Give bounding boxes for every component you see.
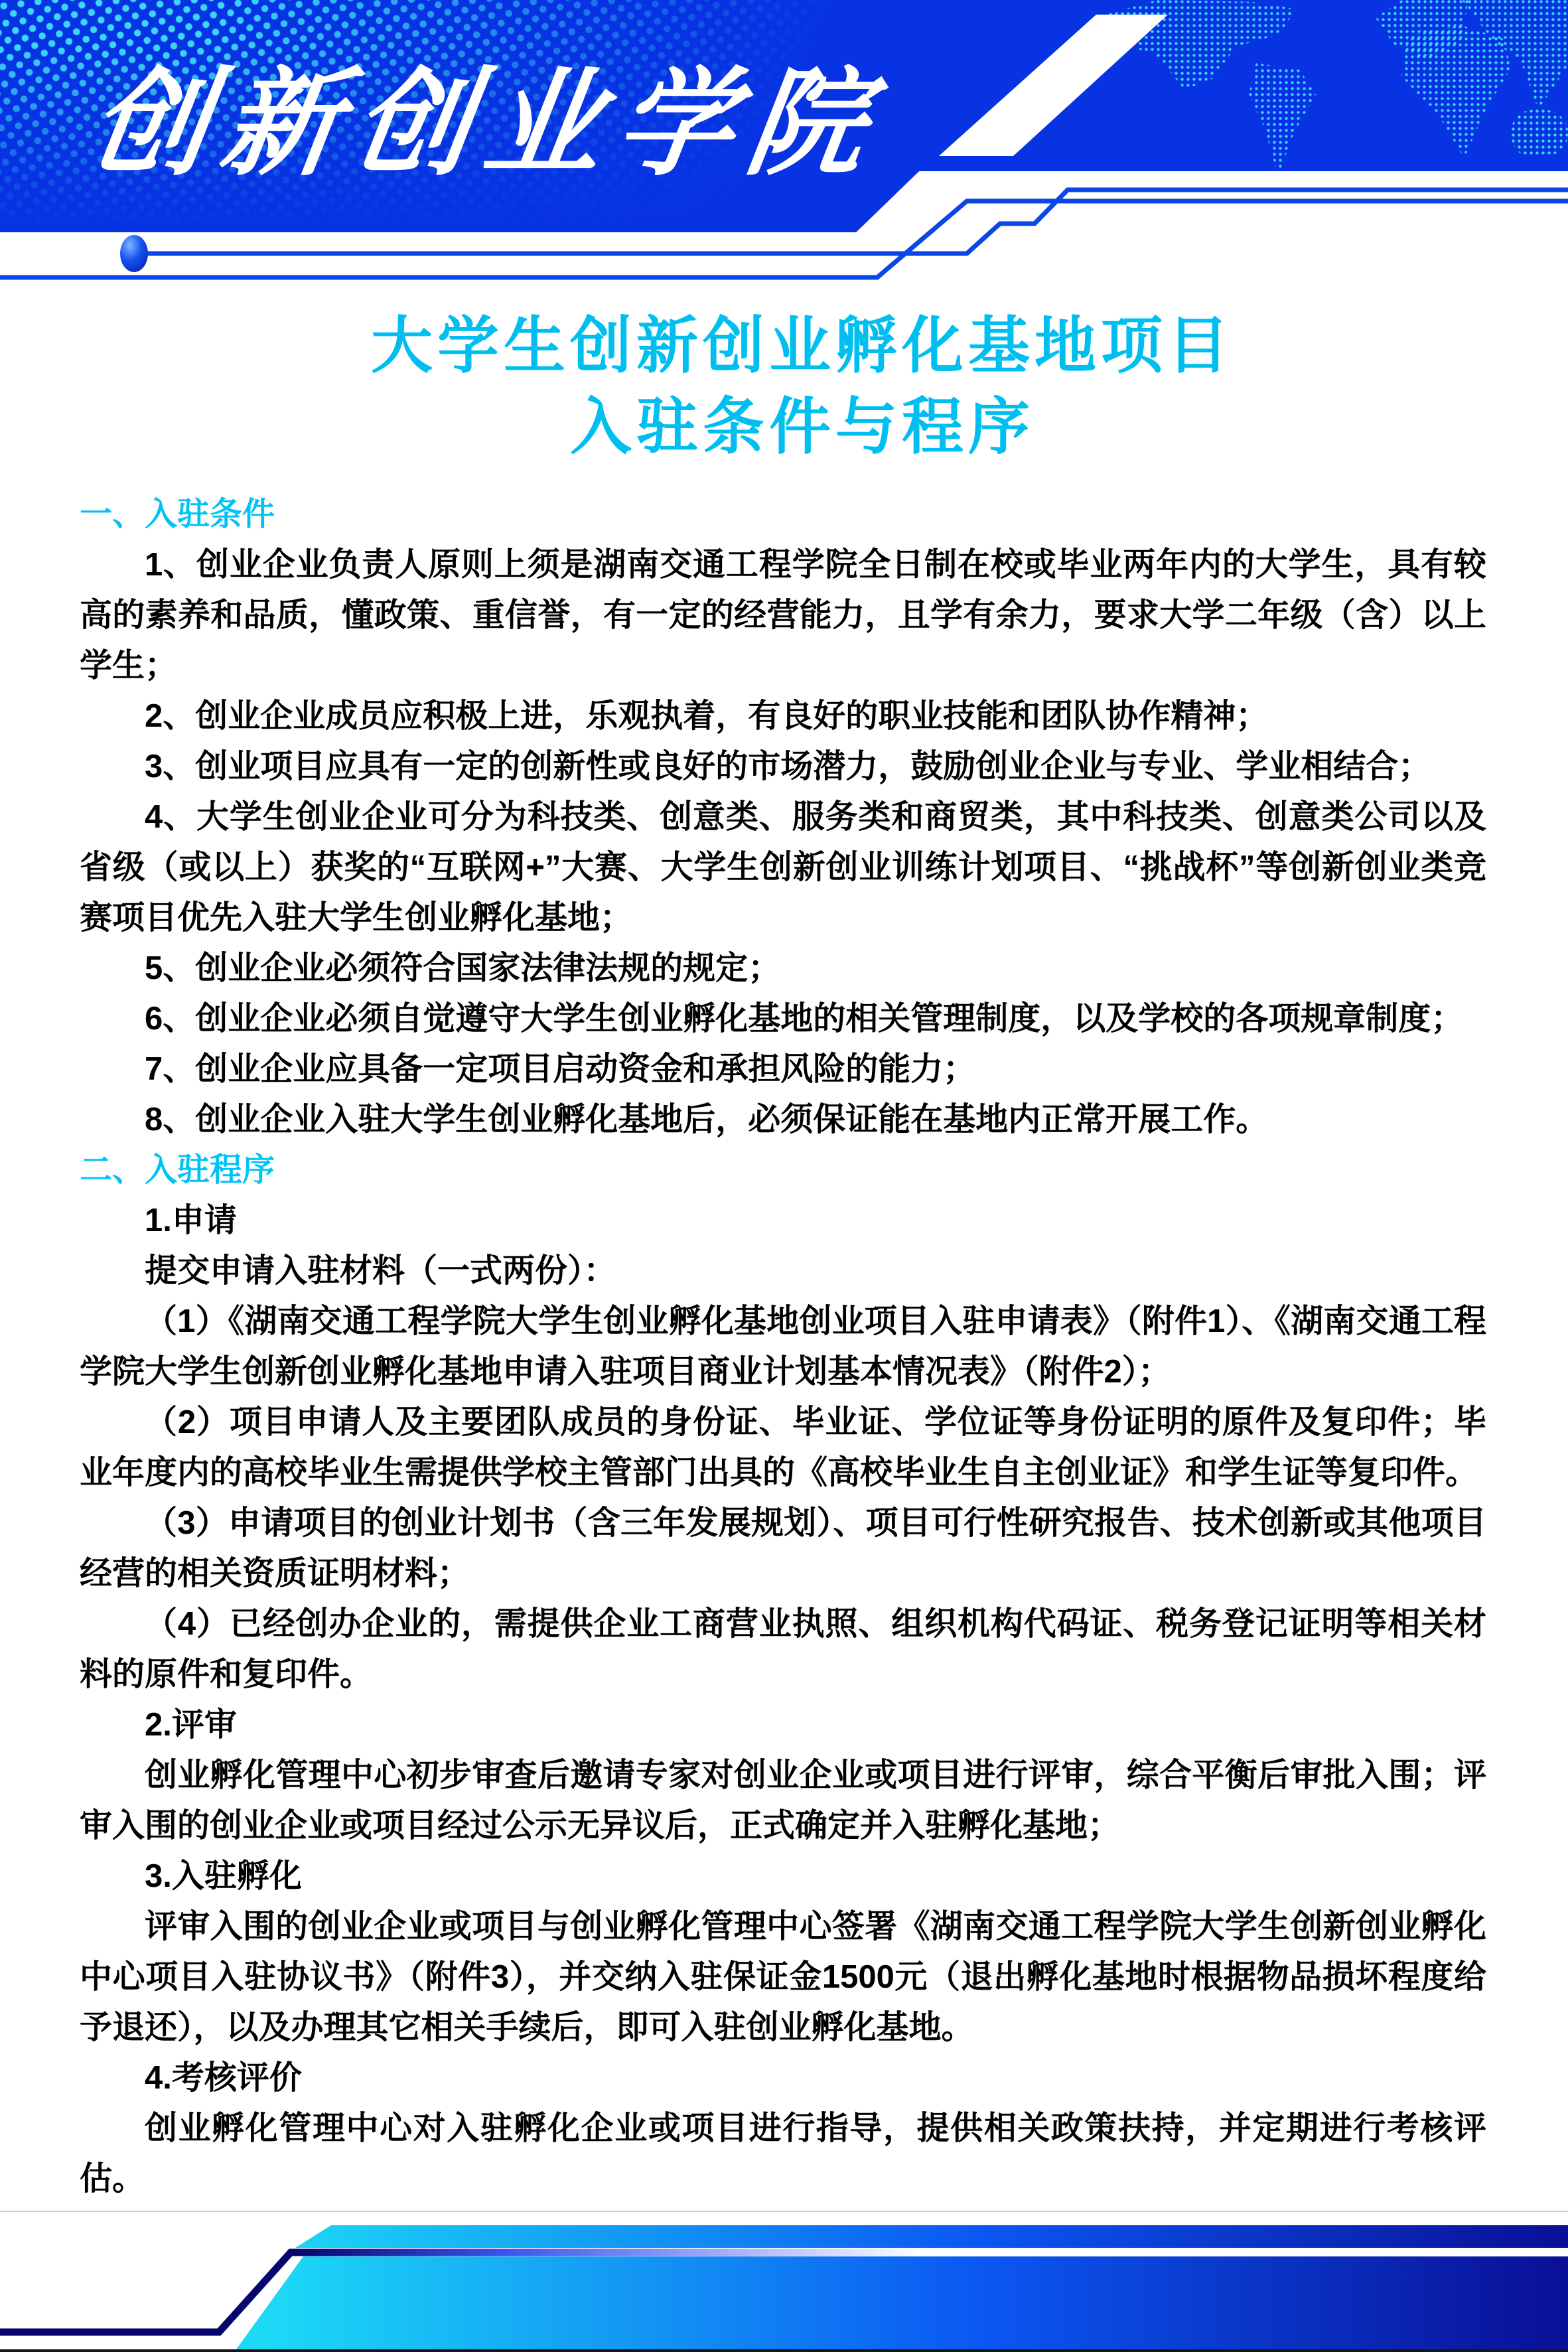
procedure-text: （3）申请项目的创业计划书（含三年发展规划）、项目可行性研究报告、技术创新或其他… <box>80 1498 1486 1599</box>
accent-dot <box>120 235 148 272</box>
footer-main-gradient-band <box>234 2256 1568 2352</box>
stepped-line-lower <box>0 201 1568 277</box>
condition-item: 7、创业企业应具备一定项目启动资金和承担风险的能力； <box>80 1044 1486 1094</box>
poster-page: 创新创业学院 大学生创新创业孵化基地项目 入驻条件与程序 一、入驻条件 1、创业… <box>0 0 1568 2352</box>
procedure-step-title: 3.入驻孵化 <box>80 1851 1486 1901</box>
condition-item: 3、创业项目应具有一定的创新性或良好的市场潜力，鼓励创业企业与专业、学业相结合； <box>80 741 1486 792</box>
procedure-text: （2）项目申请人及主要团队成员的身份证、毕业证、学位证等身份证明的原件及复印件；… <box>80 1397 1486 1498</box>
header-deco-lines <box>0 0 1568 305</box>
footer-top-gradient-band <box>295 2225 1568 2248</box>
section-heading-procedure: 二、入驻程序 <box>80 1145 1486 1195</box>
procedure-step-title: 2.评审 <box>80 1700 1486 1750</box>
page-title: 大学生创新创业孵化基地项目 入驻条件与程序 <box>0 305 1568 467</box>
condition-item: 2、创业企业成员应积极上进，乐观执着，有良好的职业技能和团队协作精神； <box>80 691 1486 741</box>
condition-item: 1、创业企业负责人原则上须是湖南交通工程学院全日制在校或毕业两年内的大学生，具有… <box>80 540 1486 691</box>
procedure-text: 创业孵化管理中心初步审查后邀请专家对创业企业或项目进行评审，综合平衡后审批入围；… <box>80 1750 1486 1851</box>
section-heading-conditions: 一、入驻条件 <box>80 489 1486 540</box>
condition-item: 5、创业企业必须符合国家法律法规的规定； <box>80 943 1486 993</box>
condition-item: 8、创业企业入驻大学生创业孵化基地后，必须保证能在基地内正常开展工作。 <box>80 1094 1486 1145</box>
page-title-line2: 入驻条件与程序 <box>36 386 1568 467</box>
document-body: 一、入驻条件 1、创业企业负责人原则上须是湖南交通工程学院全日制在校或毕业两年内… <box>80 489 1486 2204</box>
footer-gray-hairline <box>0 2211 1568 2212</box>
procedure-step-title: 1.申请 <box>80 1195 1486 1246</box>
procedure-text: 提交申请入驻材料（一式两份）： <box>80 1246 1486 1296</box>
footer-bottom-edge-line <box>0 2349 1568 2352</box>
procedure-step-title: 4.考核评价 <box>80 2053 1486 2103</box>
procedure-text: （4）已经创办企业的，需提供企业工商营业执照、组织机构代码证、税务登记证明等相关… <box>80 1599 1486 1700</box>
footer-deco <box>0 2210 1568 2352</box>
condition-item: 6、创业企业必须自觉遵守大学生创业孵化基地的相关管理制度，以及学校的各项规章制度… <box>80 993 1486 1044</box>
procedure-text: （1）《湖南交通工程学院大学生创业孵化基地创业项目入驻申请表》（附件1）、《湖南… <box>80 1296 1486 1397</box>
procedure-text: 评审入围的创业企业或项目与创业孵化管理中心签署《湖南交通工程学院大学生创新创业孵… <box>80 1901 1486 2053</box>
procedure-text: 创业孵化管理中心对入驻孵化企业或项目进行指导，提供相关政策扶持，并定期进行考核评… <box>80 2103 1486 2204</box>
condition-item: 4、大学生创业企业可分为科技类、创意类、服务类和商贸类，其中科技类、创意类公司以… <box>80 792 1486 943</box>
page-title-line1: 大学生创新创业孵化基地项目 <box>36 305 1568 386</box>
